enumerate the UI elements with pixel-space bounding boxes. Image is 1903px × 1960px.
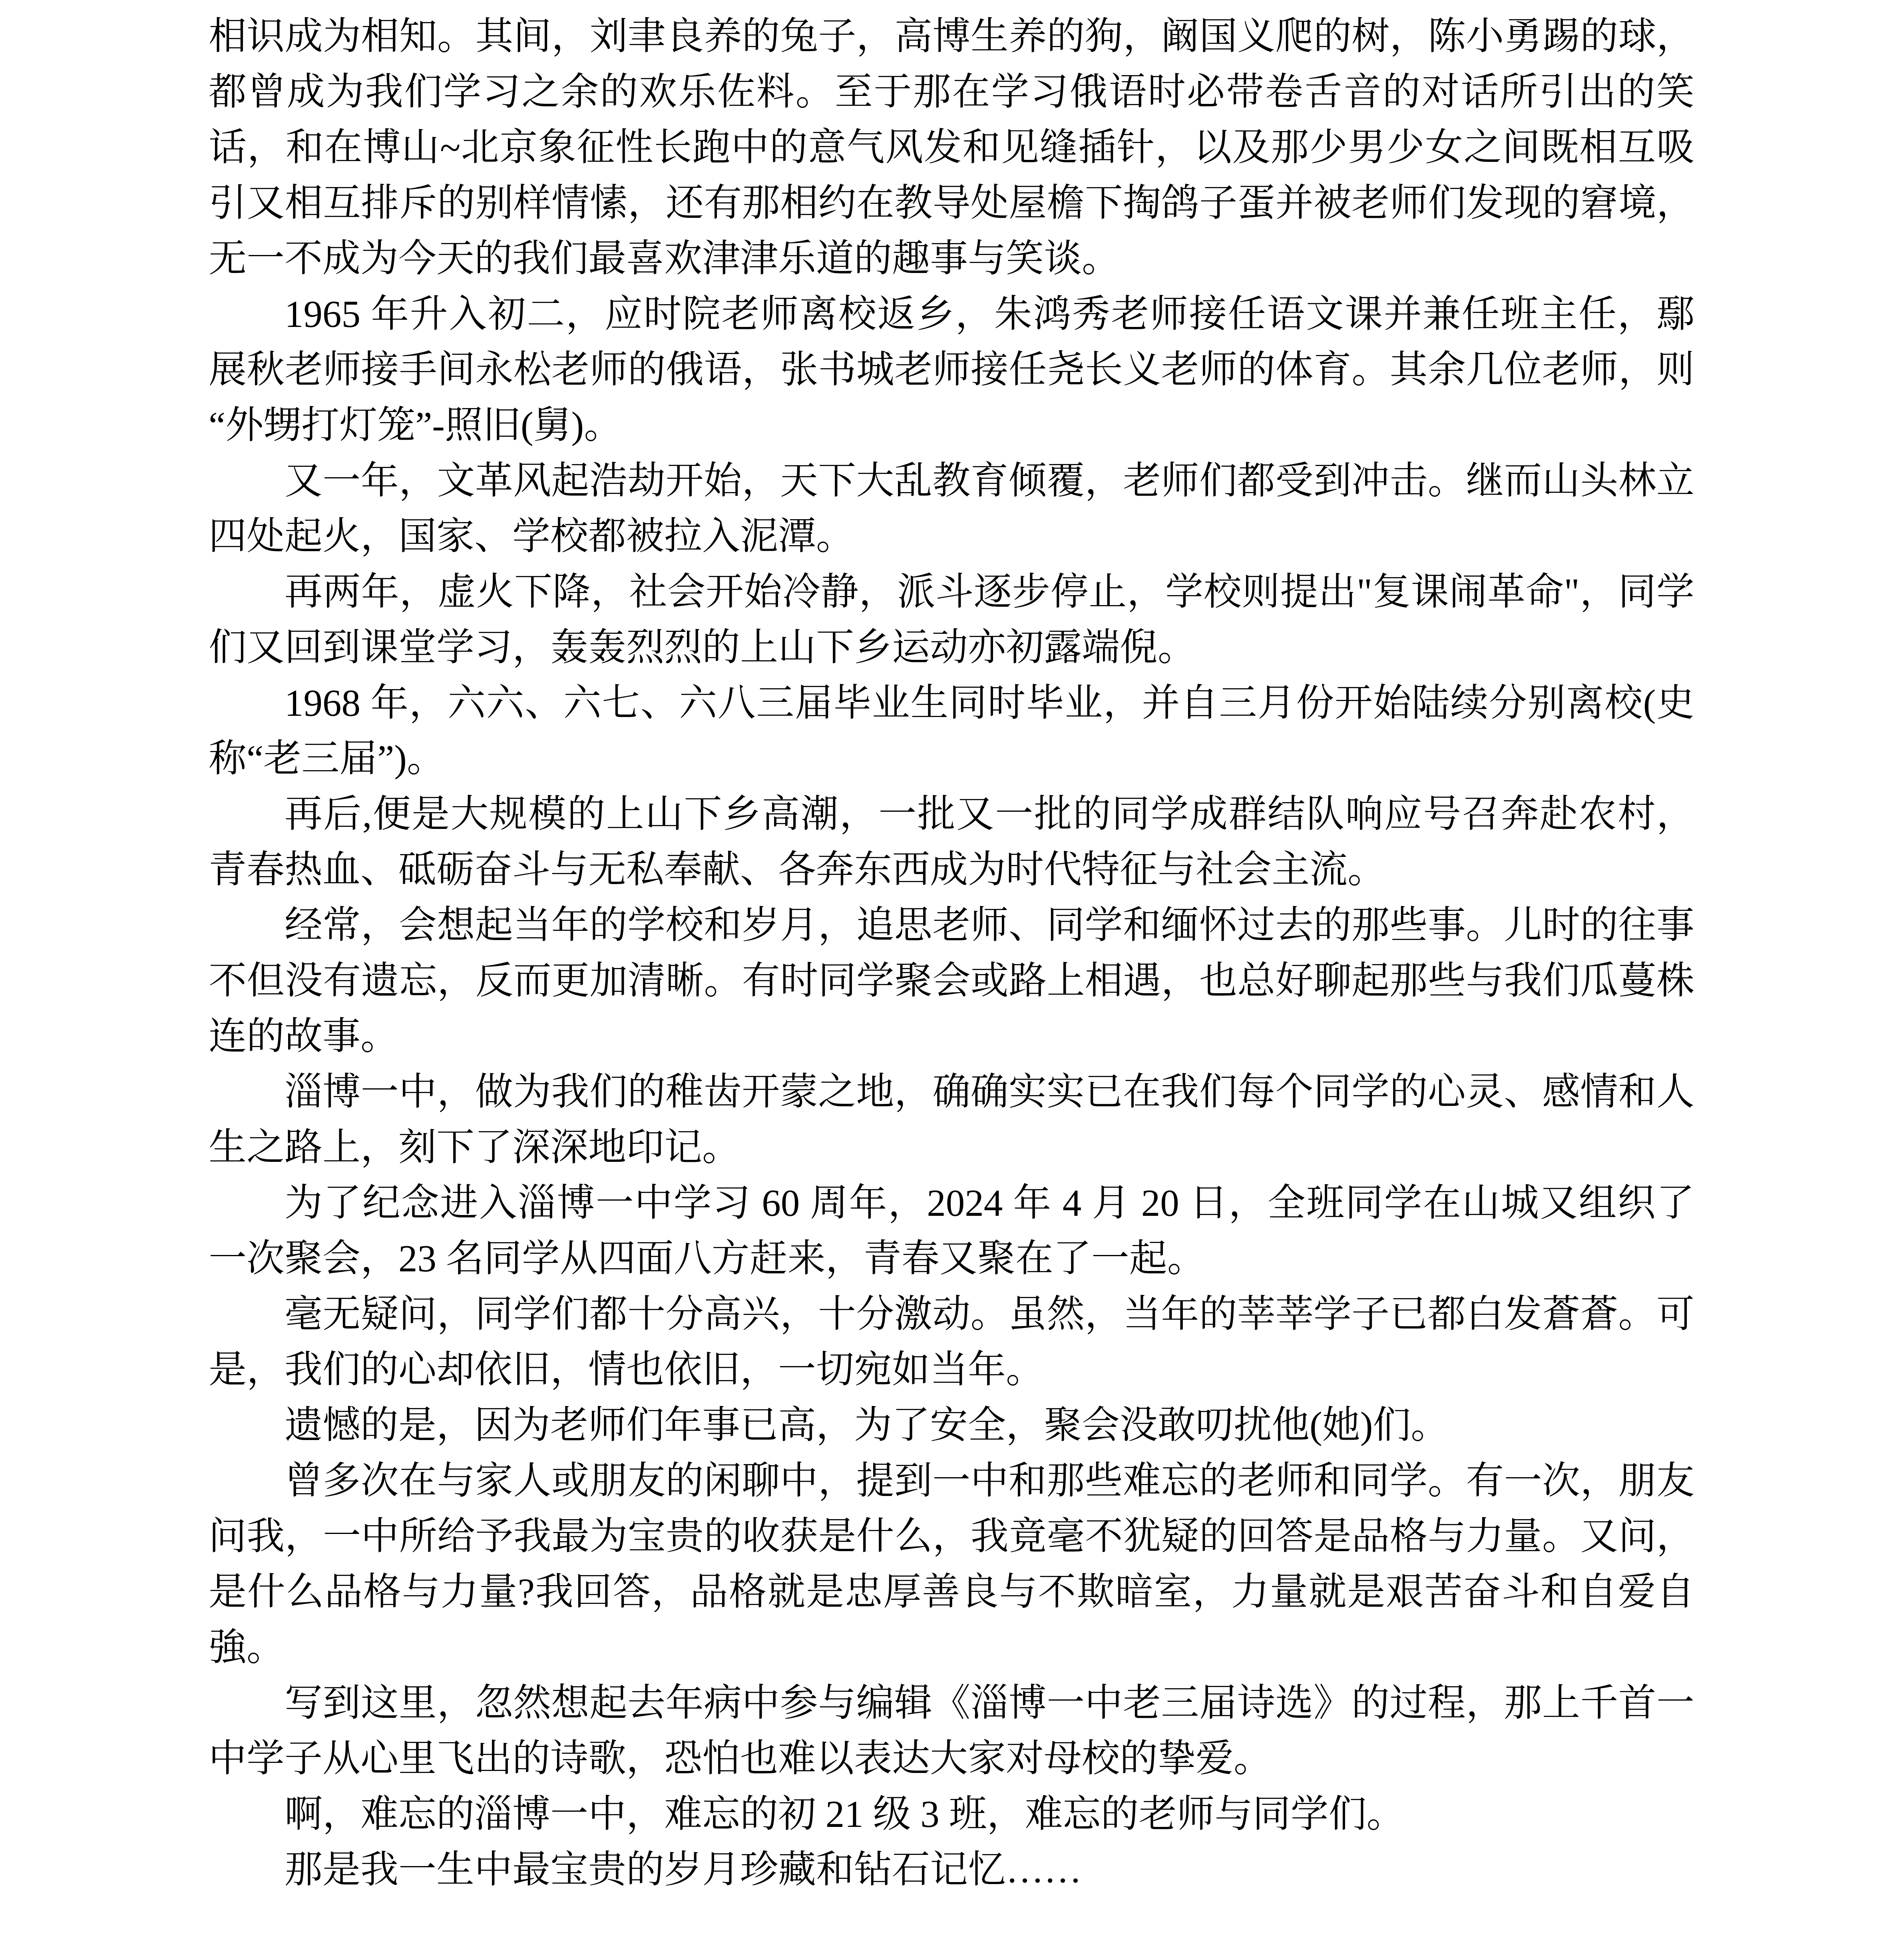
paragraph: 写到这里，忽然想起去年病中参与编辑《淄博一中老三届诗选》的过程，那上千首一中学子… bbox=[209, 1675, 1694, 1787]
paragraph: 再两年，虚火下降，社会开始冷静，派斗逐步停止，学校则提出"复课闹革命"，同学们又… bbox=[209, 564, 1694, 675]
paragraph: 相识成为相知。其间，刘聿良养的兔子，高博生养的狗，阚国义爬的树，陈小勇踢的球，都… bbox=[209, 9, 1694, 287]
paragraph: 1968 年，六六、六七、六八三届毕业生同时毕业，并自三月份开始陆续分别离校(史… bbox=[209, 675, 1694, 787]
paragraph: 又一年，文革风起浩劫开始，天下大乱教育倾覆，老师们都受到冲击。继而山头林立四处起… bbox=[209, 453, 1694, 564]
paragraph: 遗憾的是，因为老师们年事已高，为了安全，聚会没敢叨扰他(她)们。 bbox=[209, 1398, 1694, 1453]
document-page: 相识成为相知。其间，刘聿良养的兔子，高博生养的狗，阚国义爬的树，陈小勇踢的球，都… bbox=[0, 0, 1903, 1960]
paragraph: 毫无疑问，同学们都十分高兴，十分激动。虽然，当年的莘莘学子已都白发蒼蒼。可是，我… bbox=[209, 1287, 1694, 1398]
paragraph: 曾多次在与家人或朋友的闲聊中，提到一中和那些难忘的老师和同学。有一次，朋友问我，… bbox=[209, 1453, 1694, 1675]
paragraph: 为了纪念进入淄博一中学习 60 周年，2024 年 4 月 20 日，全班同学在… bbox=[209, 1175, 1694, 1287]
paragraph: 经常，会想起当年的学校和岁月，追思老师、同学和缅怀过去的那些事。儿时的往事不但没… bbox=[209, 898, 1694, 1064]
paragraph: 淄博一中，做为我们的稚齿开蒙之地，确确实实已在我们每个同学的心灵、感情和人生之路… bbox=[209, 1064, 1694, 1175]
paragraph: 1965 年升入初二，应时院老师离校返乡，朱鸿秀老师接任语文课并兼任班主任，鄢展… bbox=[209, 287, 1694, 453]
paragraph: 那是我一生中最宝贵的岁月珍藏和钻石记忆…… bbox=[209, 1842, 1694, 1898]
paragraph: 啊，难忘的淄博一中，难忘的初 21 级 3 班，难忘的老师与同学们。 bbox=[209, 1787, 1694, 1842]
paragraph: 再后,便是大规模的上山下乡高潮，一批又一批的同学成群结队响应号召奔赴农村，青春热… bbox=[209, 787, 1694, 898]
